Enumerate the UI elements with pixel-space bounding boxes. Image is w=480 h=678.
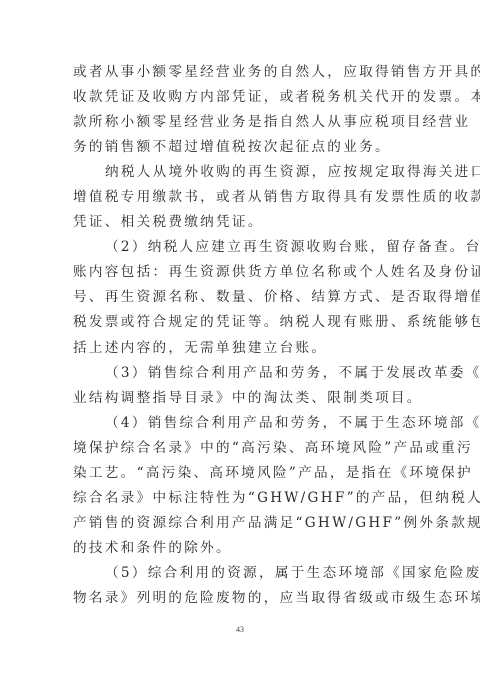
text-line: 务的销售额不超过增值税按次起征点的业务。 [73, 135, 409, 160]
text-line: 的技术和条件的除外。 [73, 536, 409, 561]
text-line: 账内容包括：再生资源供货方单位名称或个人姓名及身份证 [73, 260, 409, 285]
text-line: （3）销售综合利用产品和劳务，不属于发展改革委《产 [73, 361, 409, 386]
text-line: 款所称小额零星经营业务是指自然人从事应税项目经营业 [73, 110, 409, 135]
text-line: 括上述内容的，无需单独建立台账。 [73, 336, 409, 361]
text-line: 综合名录》中标注特性为“GHW/GHF”的产品，但纳税人生 [73, 486, 409, 511]
text-line: 凭证、相关税费缴纳凭证。 [73, 210, 409, 235]
text-line: 或者从事小额零星经营业务的自然人，应取得销售方开具的 [73, 60, 409, 85]
text-line: 产销售的资源综合利用产品满足“GHW/GHF”例外条款规定 [73, 511, 409, 536]
text-line: 增值税专用缴款书，或者从销售方取得具有发票性质的收款 [73, 185, 409, 210]
text-line: 号、再生资源名称、数量、价格、结算方式、是否取得增值 [73, 285, 409, 310]
text-line: 收款凭证及收购方内部凭证，或者税务机关代开的发票。本 [73, 85, 409, 110]
text-line: （5）综合利用的资源，属于生态环境部《国家危险废 [73, 561, 409, 586]
body-text: 或者从事小额零星经营业务的自然人，应取得销售方开具的 收款凭证及收购方内部凭证，… [73, 60, 409, 611]
text-line: （2）纳税人应建立再生资源收购台账，留存备查。台 [73, 235, 409, 260]
text-line: 物名录》列明的危险废物的，应当取得省级或市级生态环境 [73, 586, 409, 611]
text-line: （4）销售综合利用产品和劳务，不属于生态环境部《环 [73, 411, 409, 436]
text-line: 税发票或符合规定的凭证等。纳税人现有账册、系统能够包 [73, 310, 409, 335]
text-line: 业结构调整指导目录》中的淘汰类、限制类项目。 [73, 386, 409, 411]
text-line: 境保护综合名录》中的“高污染、高环境风险”产品或重污 [73, 436, 409, 461]
page-number: 43 [0, 625, 480, 634]
text-line: 染工艺。“高污染、高环境风险”产品，是指在《环境保护 [73, 461, 409, 486]
text-line: 纳税人从境外收购的再生资源，应按规定取得海关进口 [73, 160, 409, 185]
document-page: 或者从事小额零星经营业务的自然人，应取得销售方开具的 收款凭证及收购方内部凭证，… [0, 0, 480, 678]
